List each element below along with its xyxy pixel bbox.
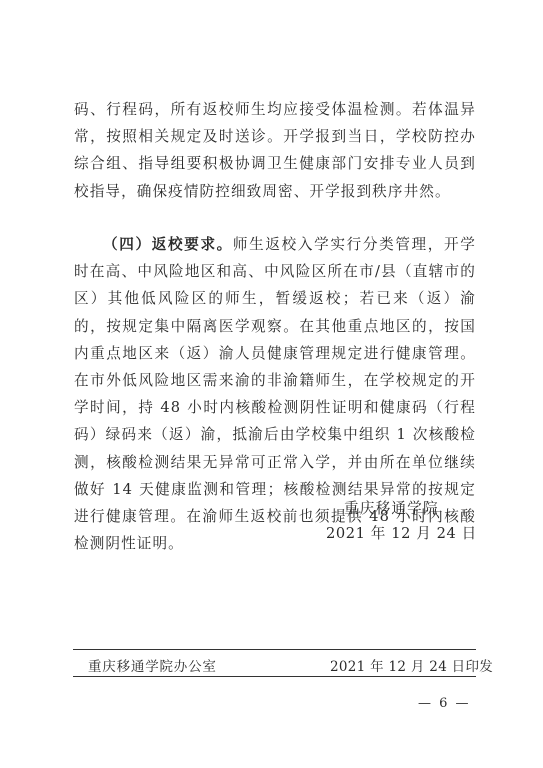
paragraph-continued: 码、行程码，所有返校师生均应接受体温检测。若体温异常，按照相关规定及时送诊。开学… <box>74 96 476 205</box>
document-page: 码、行程码，所有返校师生均应接受体温检测。若体温异常，按照相关规定及时送诊。开学… <box>0 0 543 768</box>
signature-organization: 重庆移通学院 <box>344 497 439 518</box>
section-heading: （四）返校要求。 <box>103 236 233 253</box>
footer-issue-date: 2021 年 12 月 24 日印发 <box>330 655 493 675</box>
footer-issuer: 重庆移通学院办公室 <box>88 655 217 675</box>
footer-divider-bottom <box>73 676 476 677</box>
footer-divider-top <box>73 649 476 650</box>
page-number: — 6 — <box>418 696 471 711</box>
signature-date: 2021 年 12 月 24 日 <box>326 522 477 543</box>
